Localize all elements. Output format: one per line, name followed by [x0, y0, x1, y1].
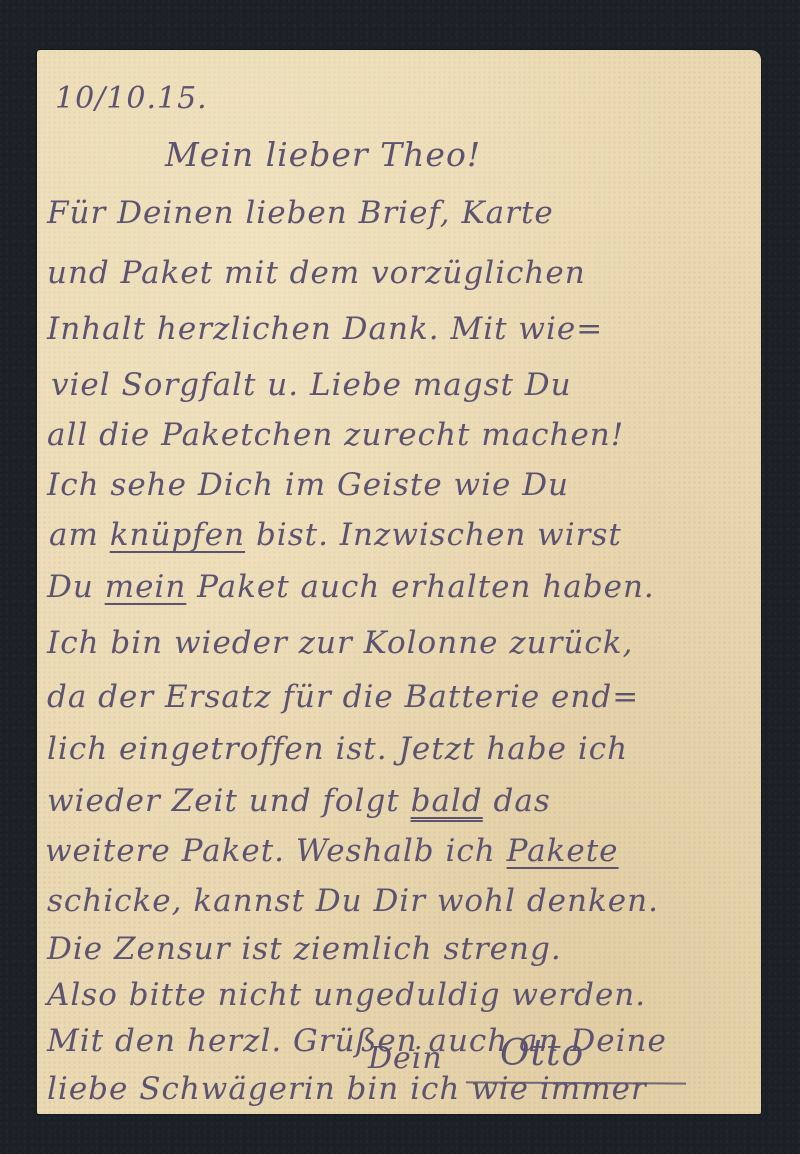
- letter-line: schicke, kannst Du Dir wohl denken.: [47, 886, 659, 917]
- line-text: weitere Paket. Weshalb ich: [45, 833, 507, 869]
- letter-line: Du mein Paket auch erhalten haben.: [47, 572, 655, 603]
- line-text: wieder Zeit und folgt: [47, 783, 411, 819]
- postcard: 10/10.15. Mein lieber Theo! Für Deinen l…: [37, 50, 761, 1114]
- letter-line: da der Ersatz für die Batterie end=: [47, 682, 639, 713]
- line-text: am: [49, 517, 110, 553]
- letter-line: Ich sehe Dich im Geiste wie Du: [47, 470, 569, 501]
- salutation: Mein lieber Theo!: [165, 138, 481, 171]
- signature: Otto: [500, 1036, 584, 1072]
- letter-line: lich eingetroffen ist. Jetzt habe ich: [47, 734, 628, 765]
- letter-line: wieder Zeit und folgt bald das: [47, 786, 551, 817]
- letter-line: Also bitte nicht ungeduldig werden.: [47, 980, 646, 1011]
- date-line: 10/10.15.: [55, 84, 208, 114]
- underlined-word: knüpfen: [110, 517, 245, 553]
- line-text: Du: [47, 569, 105, 605]
- letter-line: Für Deinen lieben Brief, Karte: [47, 198, 554, 229]
- letter-line: am knüpfen bist. Inzwischen wirst: [49, 520, 622, 551]
- underlined-word: Pakete: [507, 833, 619, 869]
- letter-line: Ich bin wieder zur Kolonne zurück,: [47, 628, 633, 659]
- underlined-word: bald: [411, 783, 483, 819]
- letter-line: und Paket mit dem vorzüglichen: [47, 258, 586, 289]
- line-text: das: [483, 783, 551, 819]
- letter-line: Die Zensur ist ziemlich streng.: [47, 934, 562, 965]
- letter-line: viel Sorgfalt u. Liebe magst Du: [51, 370, 572, 401]
- letter-line: liebe Schwägerin bin ich wie immer: [47, 1074, 647, 1105]
- line-text: Paket auch erhalten haben.: [186, 569, 654, 605]
- closing: Dein: [368, 1044, 443, 1074]
- line-text: bist. Inzwischen wirst: [245, 517, 622, 553]
- letter-line: Inhalt herzlichen Dank. Mit wie=: [47, 314, 603, 345]
- letter-line: weitere Paket. Weshalb ich Pakete: [45, 836, 619, 867]
- underlined-word: mein: [105, 569, 187, 605]
- letter-line: all die Paketchen zurecht machen!: [47, 420, 624, 451]
